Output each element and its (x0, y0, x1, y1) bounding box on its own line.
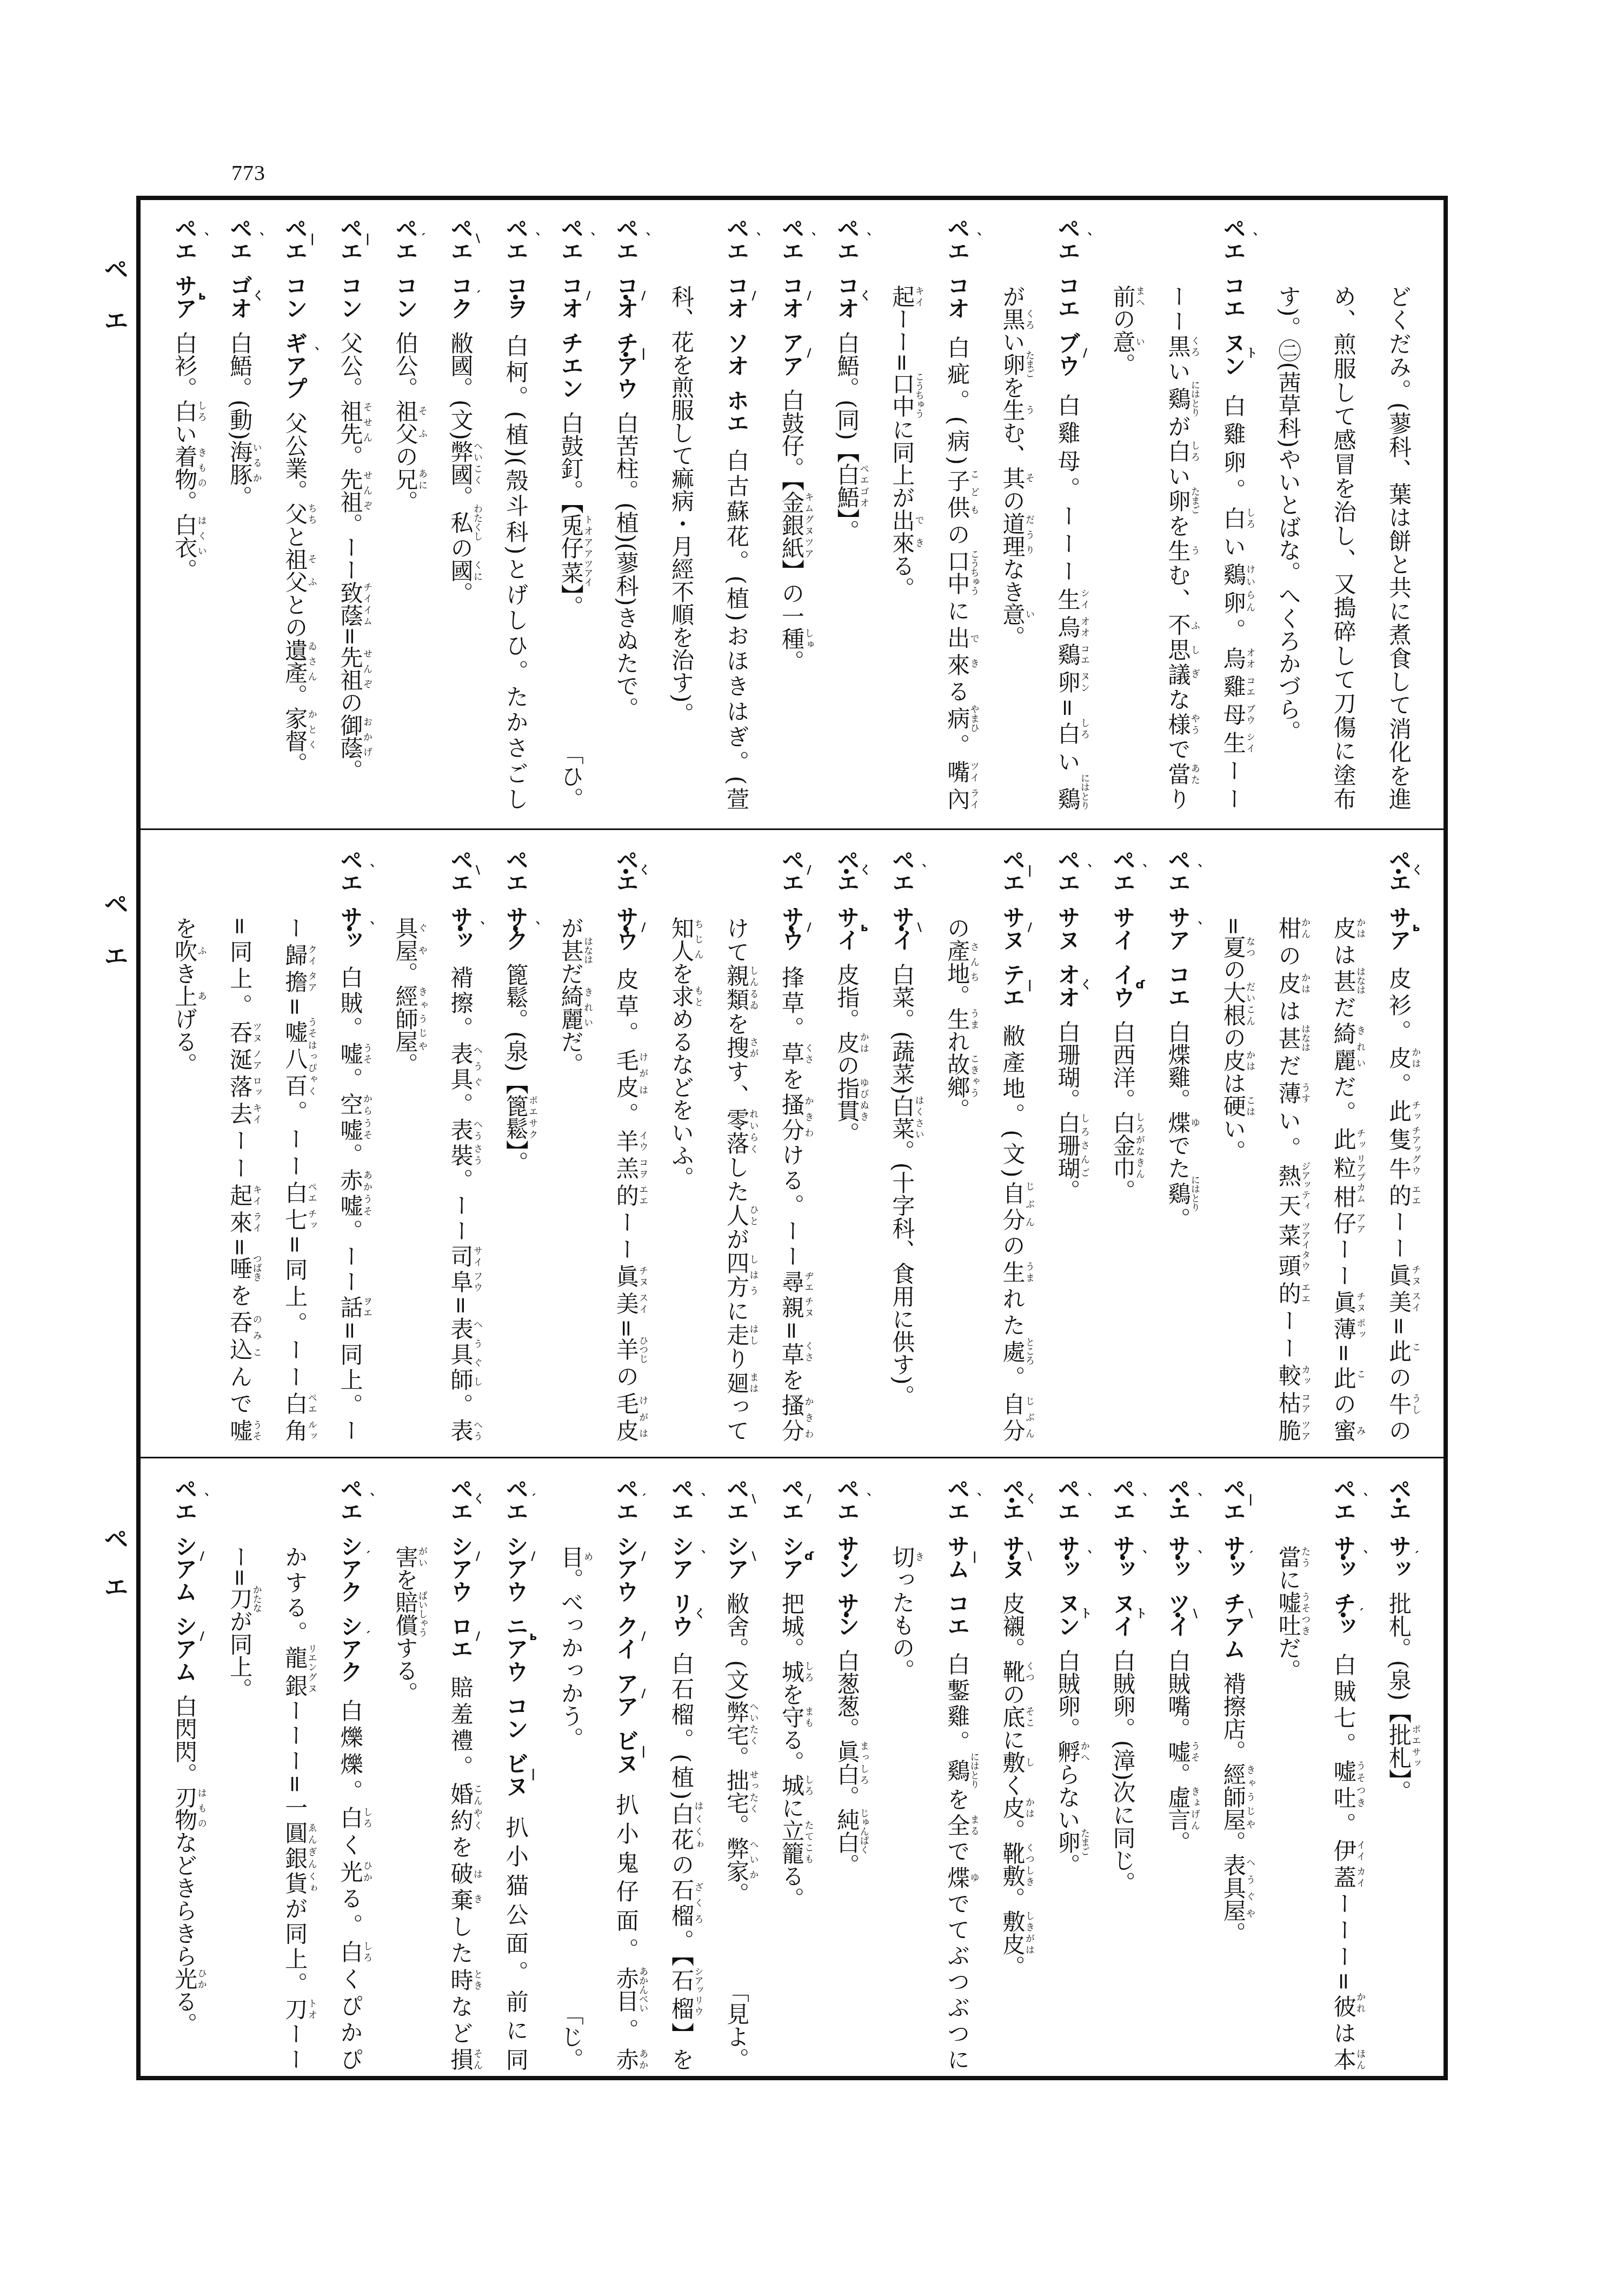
furigana: たまご (1079, 1829, 1089, 1856)
entry-column: ペエ、ゴオく白鯃。(動)海豚いるか。 (212, 197, 267, 829)
furigana: コヲ (637, 1157, 648, 1179)
definition-text: って (723, 1395, 750, 1442)
ruby-word: 的エエ (1386, 1184, 1412, 1210)
ruby-word: 牛うし (1386, 1392, 1412, 1419)
ruby-word: 榴リウ (668, 1994, 695, 2022)
ruby-word: 道理だうり (999, 512, 1026, 558)
furigana: おかげ (361, 714, 372, 759)
ruby-word: 紙ツア (779, 536, 805, 559)
furigana: キイ (251, 1184, 262, 1206)
headword-syllable: サヌ/ (1001, 906, 1023, 951)
tone-mark: く (472, 1492, 484, 1504)
column-text: 具屋ぐや。經師屋きゃうじや。 (378, 917, 433, 1442)
ruby-base: 龍 (282, 1644, 308, 1671)
tone-mark: \ (1023, 1550, 1035, 1563)
ruby-word: 生うま (944, 1007, 970, 1030)
headword: ペエ、サアь (171, 217, 198, 331)
ruby-word: 表具へうぐ (448, 1042, 474, 1093)
ruby-word: 羊ひつじ (613, 1338, 640, 1361)
ruby-base: 石 (668, 1967, 695, 1994)
ruby-word: 柑かん (1275, 917, 1302, 944)
entry-column: ペエˊシアウ/クイ/アア/ビヌ|扒小鬼仔面。赤目あかんべい。赤あか (598, 1458, 654, 2078)
ruby-word: 來ライ (227, 1211, 253, 1238)
ruby-base: 札 (1386, 1746, 1412, 1769)
definition-text: き (171, 962, 198, 985)
definition-text: の (1220, 958, 1247, 981)
furigana: こうちゅう (913, 372, 924, 418)
tone-mark: 、 (1079, 1550, 1090, 1562)
headword-kana: ペエ (1110, 848, 1136, 894)
furigana: サク (527, 1117, 537, 1140)
ruby-word: 吞込のみこ (227, 1311, 253, 1365)
definition-text: 。 (171, 490, 198, 513)
column-text: ペエサク、篦鬆。(泉)【篦ポエ鬆サク】。 (488, 848, 543, 1442)
headword-kana: サヌ (999, 906, 1026, 951)
furigana: じぶん (1023, 1178, 1034, 1231)
ruby-base: 內 (944, 787, 970, 810)
definition-text: らない (1054, 1763, 1081, 1831)
ruby-word: 前まへ (1110, 285, 1136, 308)
headword-kana: ペエ (337, 217, 363, 262)
continuation-column: ーー黒くろい鷄にはとりが白しろい卵たまごを生うむ、不思議ふしぎな様やうで當あたり (1150, 197, 1206, 829)
ruby-word: 白珊瑚しろさんご (1054, 1111, 1081, 1179)
ruby-word: 卵たまご (1054, 1831, 1081, 1854)
headword: ペエ、コエヌント (1220, 217, 1247, 389)
ruby-base: 害 (393, 1545, 419, 1568)
furigana: コア (1299, 1391, 1310, 1414)
ruby-base: 刀 (282, 1998, 308, 2023)
definition-text: =同上。ー (337, 1321, 363, 1442)
headword-kana: シアウ (448, 1535, 474, 1603)
ruby-base: 鷄 (1054, 773, 1081, 810)
ruby-base: 弊國 (448, 440, 474, 486)
tone-mark: ˊ (361, 1630, 373, 1643)
entry-column: ペエ、サアь白衫。白しろい着物きもの。白衣はくい。 (157, 197, 212, 829)
ruby-word: 白ペエ (834, 463, 860, 486)
furigana: そ (1023, 467, 1034, 489)
definition-text: げる。 (171, 1007, 198, 1076)
column-text: 前まへの意い。 (1095, 285, 1150, 810)
furigana: ティ (1299, 1189, 1310, 1212)
headword-kana: シアム (171, 1615, 198, 1683)
tone-mark: \ (472, 864, 484, 877)
ruby-word: 美スイ (1386, 1290, 1412, 1317)
tone-mark: ɗ (803, 1550, 815, 1563)
definition-text: 。 (1331, 1813, 1357, 1839)
definition-text: 。 (393, 490, 419, 513)
tone-mark: 、 (527, 232, 539, 244)
headword: ペエ、サッ、ツイ\ (1165, 1477, 1192, 1649)
ruby-base: 當 (1165, 762, 1192, 787)
definition-text: 。 (337, 759, 363, 782)
ruby-base: 白 (1220, 507, 1247, 535)
ruby-word: 廻まは (723, 1371, 750, 1395)
headword-syllable: サッˊ (1222, 1535, 1245, 1580)
furigana: ペエ (306, 1392, 317, 1415)
column-text: ペエ、サッ、ヌイト白賊卵。(漳)次に同じ。 (1095, 1477, 1150, 2071)
entry-column: ペエ\シア\敝舍。(文)弊宅へいたく。拙宅せったく。弊家へいか。「見よ。 (709, 1458, 764, 2078)
definition-text: だ。 (1275, 1636, 1302, 1682)
furigana: ひか (196, 1967, 207, 1990)
entry-column: ペエ、サッ、ツイ\白賊嘴。嘘うそ。虛言きょげん。 (1150, 1458, 1206, 2078)
nasal-dot-mark (623, 352, 628, 357)
furigana: サイ (471, 1245, 482, 1268)
furigana: しろ (1079, 717, 1089, 740)
ruby-base: 様 (1165, 713, 1192, 738)
headword: ペエˊコン (393, 217, 419, 331)
ruby-base: 阜 (448, 1270, 474, 1296)
definition-text: が (558, 917, 584, 939)
ruby-word: 指貫ゆびぬき (834, 1077, 860, 1122)
headword-syllable: サイ\ (890, 906, 913, 951)
furigana: たまご (1023, 351, 1034, 379)
headword-kana: ペエ (779, 1477, 805, 1523)
definition-text: ー= (227, 1545, 253, 1587)
ruby-word: 空嘘からうそ (337, 1093, 363, 1144)
definition-text: めるなどをいふ。 (668, 1007, 695, 1189)
ruby-base: 賠償 (393, 1591, 419, 1637)
furigana: まる (968, 1814, 979, 1836)
headword-kana: チアム (1220, 1592, 1247, 1660)
column-text: を吹ふき上あげる。 (157, 917, 212, 1442)
definition-text: 。 (227, 486, 253, 508)
definition-text: 。 (999, 626, 1026, 648)
ruby-base: 白 (171, 400, 198, 422)
furigana: ツヌ (251, 1021, 262, 1044)
ruby-word: 羔コヲ (613, 1157, 640, 1184)
entry-column: ペエ、コオ白疵。(病)子供こどもの口中こうちゅうに出來できる病やまひ。嘴ツイ內ラ… (929, 197, 985, 829)
definition-text: んで (227, 1365, 253, 1419)
tone-mark: く (858, 289, 870, 301)
ruby-word: 卵たまご (999, 353, 1026, 376)
ruby-base: 損 (448, 2048, 474, 2071)
headword-kana: コン (503, 1695, 529, 1740)
nasal-dot-mark (623, 295, 628, 300)
headword-syllable: ペエ\ (449, 217, 472, 262)
ruby-base: 着物 (171, 445, 198, 490)
ruby-base: 表具屋 (1220, 1854, 1247, 1922)
ruby-base: 故鄉 (944, 1053, 970, 1098)
definition-text: などきらきら (171, 1831, 198, 1967)
definition-text: の (1220, 1026, 1247, 1049)
dictionary-panel-bottom: ペエサッˊ批札。(泉)【批ポエ札サッ】。ペエ、サッ、チッˊ白賊七。嘘吐うそつき。… (157, 1458, 1426, 2078)
ruby-word: 毛皮けがは (613, 1392, 640, 1442)
ruby-word: 嘘吐うそつき (1275, 1591, 1302, 1636)
furigana: シイ (1079, 588, 1089, 611)
continuation-column: 前まへの意い。 (1095, 197, 1150, 829)
column-text: ペエ、コエブウ/白雞母。ーーー生シイ烏オオ鷄コエ卵ヌン=白しろい鷄にはとり (1040, 217, 1095, 810)
ruby-base: 光 (337, 1860, 363, 1887)
definition-text: に (723, 1299, 750, 1323)
tone-mark: く (251, 289, 263, 301)
furigana: とき (471, 1968, 482, 1991)
entry-column: ペエくサヌ\皮襯。靴くつの底そこに敷しく皮かは。靴敷くつしき。敷皮しきがは。 (985, 1458, 1040, 2078)
tone-mark: | (1245, 1492, 1256, 1506)
furigana: ほん (1354, 2048, 1365, 2071)
definition-text: 白西洋。 (1110, 1020, 1136, 1111)
furigana: うす (1299, 1081, 1310, 1104)
furigana: チヌ (803, 1296, 814, 1318)
ruby-word: 故鄉こきゃう (944, 1053, 970, 1098)
headword-syllable: リウく (670, 1592, 693, 1637)
headword-syllable: ペエ、 (835, 1477, 858, 1523)
furigana: ルッ (306, 1419, 317, 1442)
headword-syllable: ペエ、 (1167, 1477, 1189, 1523)
ruby-base: 嘘八百 (282, 1016, 308, 1100)
definition-text: を (779, 1683, 805, 1706)
definition-text: な (1165, 688, 1192, 713)
ruby-word: 弊國へいこく (448, 440, 474, 486)
headword-kana: オオ (1054, 963, 1081, 1008)
definition-text: 。 (999, 1887, 1026, 1910)
ruby-base: 蓋 (1331, 1866, 1357, 1892)
nasal-dot-mark (1009, 1555, 1014, 1560)
ruby-base: 草 (779, 1340, 805, 1368)
headword-kana: コン (282, 274, 308, 320)
headword-syllable: ペエく (835, 848, 858, 894)
ruby-word: 白しろ (337, 1806, 363, 1833)
ruby-base: 致 (337, 581, 363, 604)
definition-text: む、 (1165, 563, 1192, 613)
ruby-word: 御蔭おかげ (337, 714, 363, 759)
nasal-dot-mark (1175, 1612, 1180, 1617)
definition-text: ーー= (889, 308, 915, 372)
ruby-word: 上あ (171, 985, 198, 1007)
ruby-word: 人ひと (723, 1204, 750, 1227)
ruby-base: 祖先 (337, 400, 363, 445)
headword-kana: ホエ (723, 389, 750, 434)
ruby-word: 光ひか (171, 1967, 198, 1990)
headword-kana: シアク (337, 1615, 363, 1683)
definition-text: を (1165, 512, 1192, 539)
ruby-word: 祖父そふ (393, 400, 419, 445)
headword: ペエくサアь (1386, 848, 1412, 963)
tone-mark: ˊ (472, 289, 484, 303)
ruby-word: 白しろ (337, 1940, 363, 1967)
furigana: そふ (306, 548, 317, 593)
ruby-word: 阜フウ (448, 1270, 474, 1296)
headword-kana: ペエ (834, 217, 860, 262)
headword-syllable: ブウ/ (1056, 331, 1079, 377)
ruby-word: 城しろ (779, 1660, 805, 1683)
ruby-base: 白 (282, 1392, 308, 1419)
ruby-base: 煠 (944, 1866, 970, 1892)
entry-column: ペエ、サヌオオく白珊瑚。白珊瑚しろさんご。 (1040, 829, 1095, 1457)
ruby-base: 枯 (1275, 1391, 1302, 1419)
ruby-base: 婚約 (448, 1782, 474, 1835)
tone-mark: く (637, 864, 649, 875)
ruby-base: 純白 (834, 1808, 860, 1854)
definition-text: 父公業。 (282, 412, 308, 502)
ruby-word: 較カッ (1275, 1364, 1302, 1391)
headword-syllable: サッ、 (1112, 1535, 1134, 1580)
ruby-base: 此 (1386, 1099, 1412, 1126)
definition-text: けて (723, 917, 750, 964)
ruby-word: 鷄にはとり (1165, 384, 1192, 413)
furigana: さんち (968, 939, 979, 985)
furigana: しきがは (1023, 1910, 1034, 1955)
nasal-dot-mark (1396, 869, 1401, 874)
definition-text: 】を (668, 2022, 695, 2071)
ruby-base: 敷皮 (999, 1910, 1026, 1955)
continuation-column: が黒くろい卵たまごを生うむ、其その道理だうりなき意い。 (985, 197, 1040, 829)
definition-text: 。 (393, 962, 419, 985)
ruby-word: 美スイ (613, 1292, 640, 1319)
ruby-base: 先祖 (337, 646, 363, 691)
definition-text: は (1331, 943, 1357, 970)
definition-text: 】。 (834, 508, 860, 542)
ruby-word: 司サイ (448, 1245, 474, 1270)
margin-index-label: エ (104, 1576, 128, 1600)
ruby-word: 親チヌ (779, 1296, 805, 1321)
dictionary-panel-top: どくだみ。(蓼科、葉は餅と共に煮食して消化を進め、煎服して感冒を治し、又搗碎して… (157, 197, 1426, 829)
entry-column: ペエ、コエブウ/白雞母。ーーー生シイ烏オオ鷄コエ卵ヌン=白しろい鷄にはとり (1040, 197, 1095, 829)
headword: ペエ、サム|コエ (944, 1477, 970, 1649)
headword-syllable: コヲ (504, 274, 527, 320)
ruby-word: 仔アア (1331, 1212, 1357, 1238)
nasal-dot-mark (1120, 1555, 1125, 1560)
ruby-word: 去キイ (227, 1102, 253, 1129)
ruby-base: 親 (779, 1296, 805, 1321)
definition-text: い (171, 422, 198, 445)
headword-syllable: ペエ| (1001, 848, 1023, 894)
tone-mark: / (803, 864, 815, 877)
column-text: =同上。吞ツヌ涎ノア落ロッ去キイーー起キイ來ライ=唾つばきを吞込のみこんで嘘うそ (212, 917, 267, 1442)
ruby-base: 皮 (1331, 917, 1357, 943)
dictionary-panel-middle: ペエくサアь皮衫。皮かは。此チッ隻チアッ牛グウ的エエーー眞チヌ美スイ=此この牛う… (157, 829, 1426, 1457)
nasal-dot-mark (1175, 1555, 1180, 1560)
ruby-word: 靴敷くつしき (999, 1842, 1026, 1887)
ruby-word: 賠償ばいしゃう (393, 1591, 419, 1637)
furigana: スイ (1409, 1290, 1420, 1313)
ruby-word: 刀トオ (282, 1998, 308, 2023)
headword-syllable: ペエ\ (449, 848, 472, 894)
definition-text: 捀草。 (779, 963, 805, 1042)
headword-syllable: ヌント (1056, 1592, 1079, 1637)
furigana: かきわ (803, 1393, 814, 1442)
ruby-base: 零落 (723, 1108, 750, 1156)
definition-text: 。 (834, 1854, 860, 1877)
definition-text: の (834, 1054, 860, 1077)
headword-kana: ペエ (1054, 1477, 1081, 1523)
ruby-base: 指貫 (834, 1077, 860, 1122)
ruby-base: 守 (779, 1706, 805, 1728)
entry-column: ペエˊシアウ/ニアウьコンビヌ|扒小猫公面。前に同 (488, 1458, 543, 2078)
ruby-word: 的エエ (1275, 1282, 1302, 1309)
definition-text: 。 (944, 1098, 970, 1121)
ruby-word: 草くさ (779, 1340, 805, 1368)
ruby-base: 綺麗 (558, 985, 584, 1030)
ruby-word: 出來でき (944, 626, 970, 680)
headword-syllable: サッˊ (1387, 1535, 1410, 1580)
ruby-base: 伊 (1331, 1839, 1357, 1866)
ruby-base: 烏 (1220, 647, 1247, 675)
margin-index-label: ペ (104, 258, 128, 282)
definition-text: く (337, 1833, 363, 1860)
furigana: うし (1409, 1392, 1420, 1415)
column-text: が黒くろい卵たまごを生うむ、其その道理だうりなき意い。 (985, 285, 1040, 810)
ruby-base: 薄 (1275, 1081, 1302, 1109)
furigana: くろ (1023, 308, 1034, 330)
definition-text: 。 (944, 985, 970, 1007)
headword-kana: コエ (1220, 274, 1247, 320)
ruby-base: 母 (1220, 703, 1247, 731)
headword-kana: ペエ (1331, 1477, 1357, 1523)
ruby-base: 人 (723, 1204, 750, 1227)
definition-text: だ (558, 962, 584, 985)
entry-column: ペエ、サッ、チッˊ白賊七。嘘吐うそつき。伊イイ蓋カイーーー=彼かれは本ほん (1316, 1458, 1371, 2078)
headword-syllable: テエ| (1001, 963, 1023, 1008)
ruby-base: 較 (1275, 1364, 1302, 1391)
furigana: ペエ (306, 1181, 317, 1204)
ruby-word: 祖先そせん (337, 400, 363, 445)
ruby-base: 話 (337, 1296, 363, 1321)
furigana: ライ (968, 787, 979, 810)
tone-mark: ˊ (1355, 1607, 1367, 1621)
ruby-word: 意い (999, 603, 1026, 626)
headword-kana: サイ (834, 906, 860, 951)
ruby-base: 搔分 (779, 1393, 805, 1442)
definition-text: 白鏨雞。 (944, 1649, 970, 1756)
headword-kana: テエ (999, 963, 1026, 1008)
ruby-base: 鷄 (1165, 380, 1192, 417)
furigana: からうそ (361, 1093, 372, 1141)
ruby-base: 大根 (1220, 981, 1247, 1026)
nasal-dot-mark (899, 926, 904, 931)
ruby-word: 鯃ゴオ (834, 486, 860, 508)
furigana: しろ (361, 1806, 372, 1829)
headword-syllable: コクˊ (449, 274, 472, 320)
headword-kana: ヌイ (1110, 1592, 1136, 1637)
ruby-word: 其そ (999, 467, 1026, 489)
ruby-word: 皮かは (834, 1031, 860, 1054)
furigana: ふしぎ (1189, 613, 1200, 686)
ruby-base: 羊 (613, 1130, 640, 1157)
furigana: くつしき (1023, 1842, 1034, 1887)
tone-mark: 、 (637, 232, 649, 244)
headword: ペエくサウ/ (613, 848, 640, 963)
ruby-base: 眞 (613, 1265, 640, 1292)
headword-syllable: チアウ| (615, 331, 637, 400)
headword-kana: ペエ (337, 848, 363, 894)
furigana: せんぞ (361, 646, 372, 691)
ruby-word: 白花はくくゎ (668, 1800, 695, 1853)
entry-column: ペエサッˊ批札。(泉)【批ポエ札サッ】。 (1371, 1458, 1426, 2078)
column-text: ペエ|サッˊチアム\褙擦店。經師屋きゃうじや。表具屋へうぐや。 (1206, 1477, 1261, 2071)
column-text: め、煎服して感冒を治し、又搗碎して刀傷に塗布 (1316, 285, 1371, 810)
furigana: ところ (1023, 1337, 1034, 1365)
definition-text: かする。 (282, 1545, 308, 1646)
ruby-word: 熱ジアッ (1275, 1164, 1302, 1190)
furigana: エエ (1299, 1282, 1310, 1304)
definition-text: が (1165, 413, 1192, 440)
tone-mark: 、 (968, 232, 980, 244)
furigana: グヌ (803, 514, 814, 536)
furigana: うま (968, 1007, 979, 1030)
continuation-column: 柑かんの皮かはは甚はなはだ薄うすい。熱ジアッ天ティ菜ツアイ頭タウ的エエーー較カッ… (1261, 829, 1316, 1457)
definition-text: 白賊。 (337, 963, 363, 1042)
tone-mark: 、 (196, 1492, 208, 1504)
column-text: ペエくサウ/皮草。毛皮けがは。羊イウ羔コヲ的エエーー眞チヌ美スイ=羊ひつじの毛皮… (598, 848, 654, 1442)
ruby-word: 白しろ (1165, 440, 1192, 464)
ruby-base: 靴 (999, 1660, 1026, 1683)
furigana: そこ (1023, 1706, 1034, 1728)
headword-syllable: コン (338, 274, 361, 320)
definition-text: 。 (1165, 1831, 1192, 1854)
headword: ペエくサヌ\ (999, 1477, 1026, 1592)
furigana: あかうそ (361, 1169, 372, 1217)
tone-mark: 、 (913, 864, 925, 875)
